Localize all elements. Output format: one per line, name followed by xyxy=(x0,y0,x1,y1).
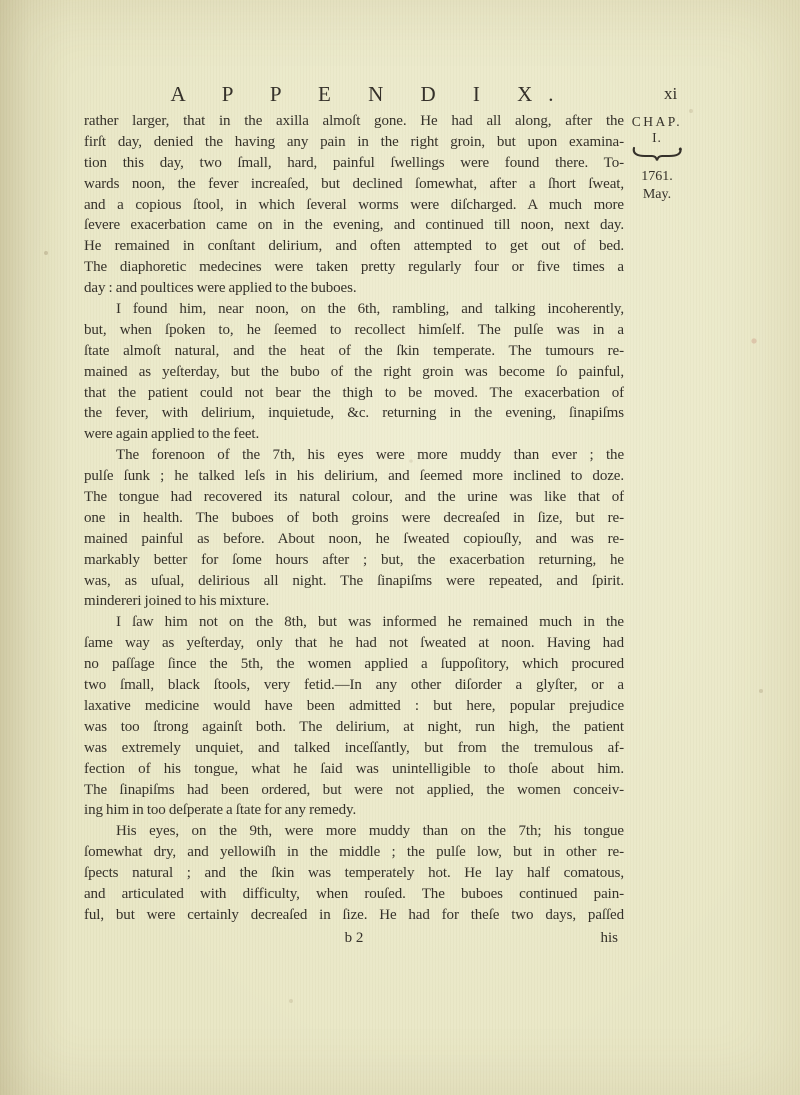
body-line: and articulated with difficulty, when ro… xyxy=(84,884,624,905)
margin-year: 1761. xyxy=(626,169,688,185)
body-line: two ſmall, black ſtools, very fetid.—In … xyxy=(84,675,624,696)
book-page: A P P E N D I X. xi CHAP. I. 1761. May. … xyxy=(0,0,800,1095)
body-line: ful, but were certainly decreaſed in ſiz… xyxy=(84,905,624,926)
body-text: rather larger, that in the axilla almoſt… xyxy=(84,111,624,926)
section-brace-icon xyxy=(631,145,683,167)
body-line: no paſſage ſince the 5th, the women appl… xyxy=(84,654,624,675)
body-line: one in health. The buboes of both groins… xyxy=(84,508,624,529)
body-line: were again applied to the feet. xyxy=(84,424,624,445)
body-line: pulſe ſunk ; he talked leſs in his delir… xyxy=(84,466,624,487)
body-line: The forenoon of the 7th, his eyes were m… xyxy=(84,445,624,466)
body-line: The tongue had recovered its natural col… xyxy=(84,487,624,508)
page-number: xi xyxy=(664,84,677,104)
body-line: His eyes, on the 9th, were more muddy th… xyxy=(84,821,624,842)
body-line: ſomewhat dry, and yellowiſh in the middl… xyxy=(84,842,624,863)
body-line: rather larger, that in the axilla almoſt… xyxy=(84,111,624,132)
body-line: that the patient could not bear the thig… xyxy=(84,383,624,404)
body-line: I ſaw him not on the 8th, but was inform… xyxy=(84,612,624,633)
body-line: and a copious ſtool, in which ſeveral wo… xyxy=(84,195,624,216)
body-line: ing him in too deſperate a ſtate for any… xyxy=(84,800,624,821)
body-line: The ſinapiſms had been ordered, but were… xyxy=(84,780,624,801)
body-line: The diaphoretic medecines were taken pre… xyxy=(84,257,624,278)
body-line: firſt day, denied the having any pain in… xyxy=(84,132,624,153)
chapter-number: I. xyxy=(626,130,688,146)
body-line: day : and poultices were applied to the … xyxy=(84,278,624,299)
body-line: the fever, with delirium, inquietude, &c… xyxy=(84,403,624,424)
body-line: mained as yeſterday, but the bubo of the… xyxy=(84,362,624,383)
body-line: ſpects natural ; and the ſkin was temper… xyxy=(84,863,624,884)
body-line: ſame way as yeſterday, only that he had … xyxy=(84,633,624,654)
body-line: mained painful as before. About noon, he… xyxy=(84,529,624,550)
catchword: his xyxy=(84,930,618,947)
page-title: A P P E N D I X. xyxy=(84,82,640,107)
body-line: He remained in conſtant delirium, and of… xyxy=(84,236,624,257)
body-line: wards noon, the fever increaſed, but dec… xyxy=(84,174,624,195)
body-line: but, when ſpoken to, he ſeemed to recoll… xyxy=(84,320,624,341)
body-line: was, as uſual, delirious all night. The … xyxy=(84,571,624,592)
body-line: laxative medicine would have been admitt… xyxy=(84,696,624,717)
body-line: tion this day, two ſmall, hard, painful … xyxy=(84,153,624,174)
body-line: markably better for ſome hours after ; b… xyxy=(84,550,624,571)
body-line: was extremely unquiet, and talked inceſſ… xyxy=(84,738,624,759)
margin-month: May. xyxy=(626,187,688,203)
chapter-label: CHAP. xyxy=(626,114,688,130)
body-line: mindereri joined to his mixture. xyxy=(84,591,624,612)
body-line: fection of his tongue, what he ſaid was … xyxy=(84,759,624,780)
body-line: I found him, near noon, on the 6th, ramb… xyxy=(84,299,624,320)
body-line: ſevere exacerbation came on in the eveni… xyxy=(84,215,624,236)
body-line: was too ſtrong againſt both. The deliriu… xyxy=(84,717,624,738)
body-line: ſtate almoſt natural, and the heat of th… xyxy=(84,341,624,362)
